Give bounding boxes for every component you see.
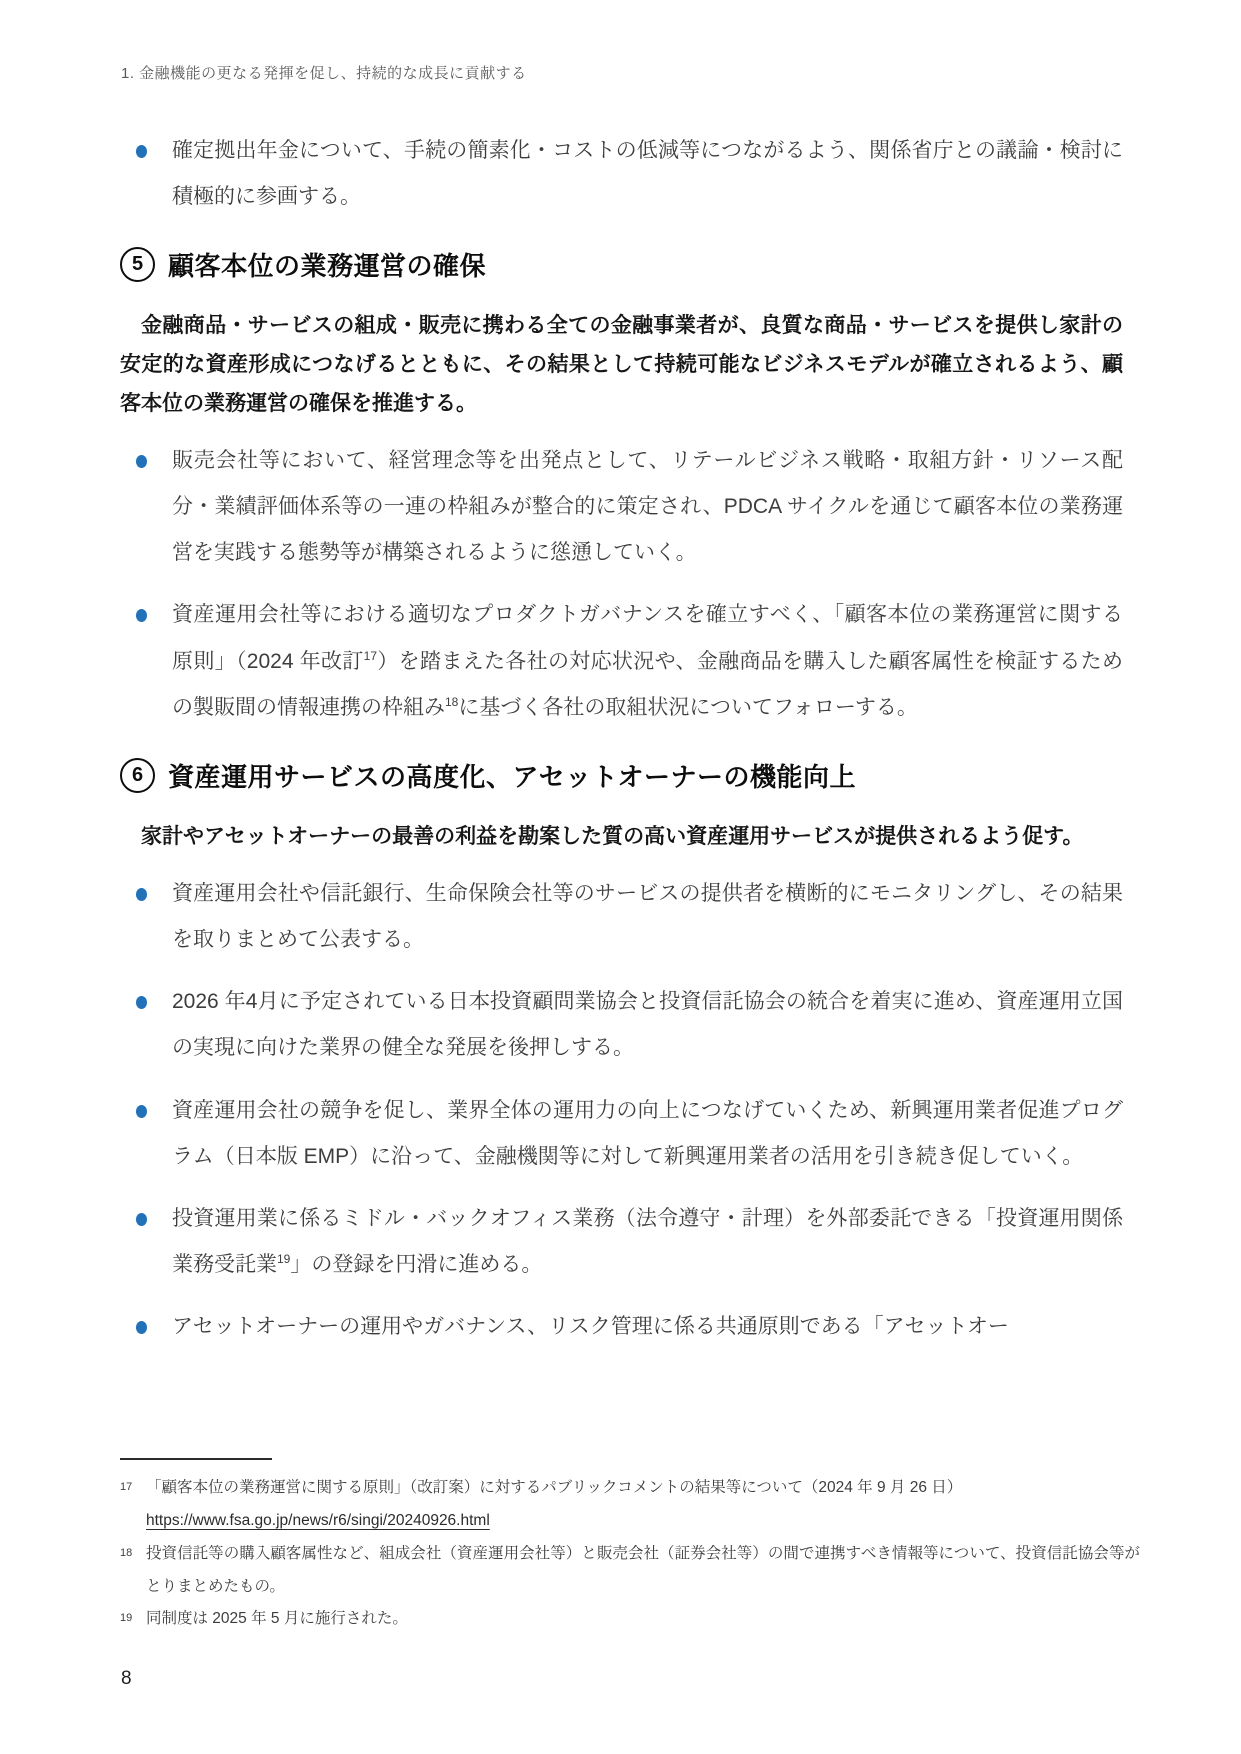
footnote-text: 投資信託等の購入顧客属性など、組成会社（資産運用会社等）と販売会社（証券会社等）… <box>146 1538 1140 1604</box>
running-header: 1. 金融機能の更なる発揮を促し、持続的な成長に貢献する <box>121 62 527 83</box>
section-heading-title: 資産運用サービスの高度化、アセットオーナーの機能向上 <box>168 757 856 794</box>
text-segment: 2026 年4月に予定されている日本投資顧問業協会と投資信託協会の統合を着実に進… <box>172 990 1123 1059</box>
text-segment: 販売会社等において、経営理念等を出発点として、リテールビジネス戦略・取組方針・リ… <box>172 449 1123 564</box>
section-heading: 5顧客本位の業務運営の確保 <box>120 246 1123 283</box>
footnote-text-line: 「顧客本位の業務運営に関する原則」（改訂案）に対するパブリックコメントの結果等に… <box>146 1479 962 1496</box>
page-number: 8 <box>121 1668 132 1690</box>
bullet-icon <box>136 1105 147 1118</box>
bullet-icon <box>136 996 147 1009</box>
footnote-ref: 17 <box>364 649 377 663</box>
bullet-item: 2026 年4月に予定されている日本投資顧問業協会と投資信託協会の統合を着実に進… <box>120 979 1123 1071</box>
bullet-icon <box>136 609 147 622</box>
lead-paragraph: 金融商品・サービスの組成・販売に携わる全ての金融事業者が、良質な商品・サービスを… <box>120 307 1123 424</box>
section-heading-title: 顧客本位の業務運営の確保 <box>168 246 486 283</box>
footnote-marker: 17 <box>120 1472 146 1504</box>
bullet-icon <box>136 1321 147 1334</box>
text-segment: 資産運用会社の競争を促し、業界全体の運用力の向上につなげていくため、新興運用業者… <box>172 1099 1123 1168</box>
text-segment: 確定拠出年金について、手続の簡素化・コストの低減等につながるよう、関係省庁との議… <box>172 139 1123 208</box>
footnote-link[interactable]: https://www.fsa.go.jp/news/r6/singi/2024… <box>146 1505 1140 1538</box>
document-page: 1. 金融機能の更なる発揮を促し、持続的な成長に貢献する 確定拠出年金について、… <box>0 0 1241 1754</box>
footnote-text: 同制度は 2025 年 5 月に施行された。 <box>146 1603 1140 1636</box>
text-segment: に基づく各社の取組状況についてフォローする。 <box>458 696 917 719</box>
footnote-ref: 18 <box>445 695 458 709</box>
bullet-item: アセットオーナーの運用やガバナンス、リスク管理に係る共通原則である「アセットオー <box>120 1304 1123 1350</box>
text-segment: 」の登録を円滑に進める。 <box>290 1253 542 1276</box>
document-body: 確定拠出年金について、手続の簡素化・コストの低減等につながるよう、関係省庁との議… <box>120 128 1123 1367</box>
bullet-item: 資産運用会社や信託銀行、生命保険会社等のサービスの提供者を横断的にモニタリングし… <box>120 871 1123 963</box>
bullet-item: 資産運用会社等における適切なプロダクトガバナンスを確立すべく、「顧客本位の業務運… <box>120 592 1123 731</box>
bullet-item: 資産運用会社の競争を促し、業界全体の運用力の向上につなげていくため、新興運用業者… <box>120 1088 1123 1180</box>
footnote-text: 「顧客本位の業務運営に関する原則」（改訂案）に対するパブリックコメントの結果等に… <box>146 1472 1140 1538</box>
footnote-marker: 19 <box>120 1603 146 1635</box>
footnote-separator <box>120 1458 272 1460</box>
lead-paragraph: 家計やアセットオーナーの最善の利益を勘案した質の高い資産運用サービスが提供される… <box>120 818 1123 857</box>
circled-number-icon: 6 <box>120 758 155 793</box>
footnote-item: 19同制度は 2025 年 5 月に施行された。 <box>120 1603 1140 1636</box>
footnotes: 17「顧客本位の業務運営に関する原則」（改訂案）に対するパブリックコメントの結果… <box>120 1458 1140 1636</box>
footnote-item: 17「顧客本位の業務運営に関する原則」（改訂案）に対するパブリックコメントの結果… <box>120 1472 1140 1538</box>
bullet-item: 販売会社等において、経営理念等を出発点として、リテールビジネス戦略・取組方針・リ… <box>120 438 1123 577</box>
bullet-icon <box>136 888 147 901</box>
footnote-text-line: 投資信託等の購入顧客属性など、組成会社（資産運用会社等）と販売会社（証券会社等）… <box>146 1545 1140 1595</box>
text-segment: アセットオーナーの運用やガバナンス、リスク管理に係る共通原則である「アセットオー <box>172 1315 1009 1338</box>
footnote-text-line: 同制度は 2025 年 5 月に施行された。 <box>146 1610 408 1627</box>
footnote-list: 17「顧客本位の業務運営に関する原則」（改訂案）に対するパブリックコメントの結果… <box>120 1472 1140 1636</box>
section-heading: 6資産運用サービスの高度化、アセットオーナーの機能向上 <box>120 757 1123 794</box>
footnote-ref: 19 <box>277 1252 290 1266</box>
bullet-icon <box>136 1213 147 1226</box>
footnote-marker: 18 <box>120 1538 146 1570</box>
text-segment: 資産運用会社や信託銀行、生命保険会社等のサービスの提供者を横断的にモニタリングし… <box>172 882 1123 951</box>
bullet-item: 投資運用業に係るミドル・バックオフィス業務（法令遵守・計理）を外部委託できる「投… <box>120 1196 1123 1288</box>
bullet-item: 確定拠出年金について、手続の簡素化・コストの低減等につながるよう、関係省庁との議… <box>120 128 1123 220</box>
bullet-icon <box>136 145 147 158</box>
circled-number-icon: 5 <box>120 247 155 282</box>
footnote-item: 18投資信託等の購入顧客属性など、組成会社（資産運用会社等）と販売会社（証券会社… <box>120 1538 1140 1604</box>
bullet-icon <box>136 455 147 468</box>
